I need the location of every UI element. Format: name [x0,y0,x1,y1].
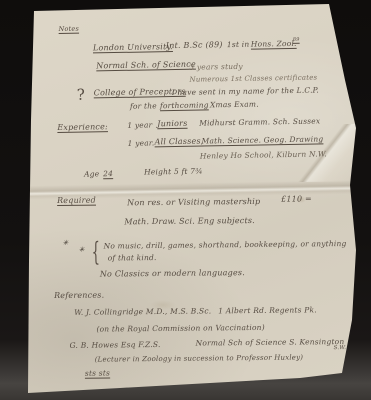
salary-amount: £110 = [281,195,312,203]
star-mark-icon: ✳ [79,247,85,254]
exclusion-line2: of that kind. [108,254,157,262]
photograph-of-handwritten-document: Notes London University. Int. B.Sc (89) … [0,0,371,400]
page2-text-layer: Required Non res. or Visiting mastership… [0,0,371,400]
reference2-address-district: S.W. [334,346,347,352]
requirement-text: Non res. or Visiting mastership [127,198,260,207]
exclusion-line1: No music, drill, games, shorthand, bookk… [104,240,347,250]
references-label: References. [54,292,104,301]
reference2-note: (Lecturer in Zoology in succession to Pr… [95,354,304,363]
reference1-name: W. J. Collingridge M.D., M.S. B.Sc. [74,307,211,316]
reference1-note: (on the Royal Commission on Vaccination) [96,324,264,333]
exclusion-line3: No Classics or modern languages. [100,269,245,279]
subjects-list: Math. Draw. Sci. Eng subjects. [124,217,255,226]
reference1-address: 1 Albert Rd. Regents Pk. [218,306,317,315]
shorthand-marks: sts sts [85,369,110,377]
reference2-name: G. B. Howes Esq F.Z.S. [70,341,161,349]
star-mark-icon: ✳ [62,240,68,247]
brace-mark: { [91,240,100,266]
reference2-address: Normal Sch of Science S. Kensington [196,338,345,347]
required-label: Required [57,197,96,205]
